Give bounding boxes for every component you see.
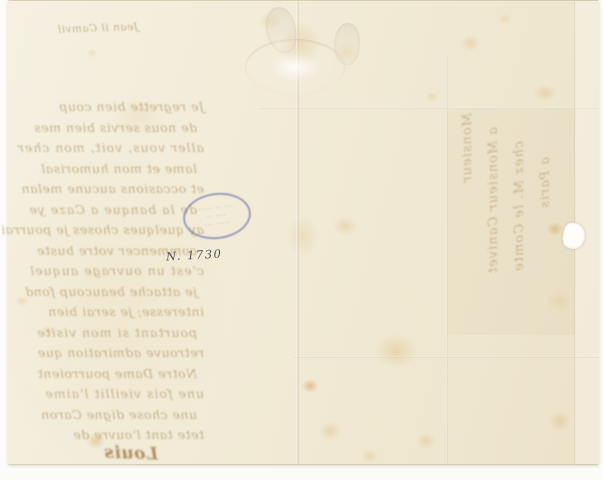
bleedthrough-line: Je regrette bien coup <box>12 97 204 118</box>
address-line: chez M. le Comte <box>507 141 533 343</box>
bleedthrough-line: interesse; je serai bien <box>12 302 204 323</box>
seal-emboss-mark <box>245 39 345 95</box>
paper-sheet: Jean il Camvil Je regrette bien coup de … <box>8 0 599 465</box>
address-bleedthrough-inner: Monsieur a Monsieur Canivet chez M. le C… <box>455 113 565 343</box>
bleedthrough-line: ay quelques choses je pourrai <box>12 220 204 241</box>
bleedthrough-line: et occasions aucune melan <box>12 179 204 200</box>
bleedthrough-line: c'est un ouvrage auquel <box>12 261 204 282</box>
letter-scan: Jean il Camvil Je regrette bien coup de … <box>0 0 603 480</box>
bleedthrough-line: je attache beaucoup fond <box>12 282 197 303</box>
bleedthrough-line: retrouve admiration que <box>12 343 204 364</box>
bleedthrough-line: de nous servis bien mes <box>12 118 197 139</box>
bleedthrough-line: pourtant si mon visite <box>12 323 197 344</box>
address-line: Monsieur <box>455 113 481 343</box>
corner-script-note: Jean il Camvil <box>18 21 138 37</box>
address-line: a Paris <box>533 157 559 343</box>
paper-tear-patch <box>561 221 588 251</box>
bleedthrough-line: Notre Dame pourroient <box>12 364 197 385</box>
vertical-fold-right <box>446 56 448 464</box>
bleedthrough-line: aller vous, voit, mon cher <box>12 138 204 159</box>
accession-number: N. 1730 <box>166 247 223 264</box>
bleedthrough-line: de la banque a Caze ye <box>12 200 197 221</box>
bleedthrough-line: lame et mon humorisal <box>12 159 197 180</box>
bleedthrough-line: une chose digne Caron <box>12 405 197 426</box>
bleedthrough-text-block: Je regrette bien coup de nous servis bie… <box>12 97 204 462</box>
horizontal-fold-bottom <box>294 356 599 358</box>
address-bleedthrough-block: Monsieur a Monsieur Canivet chez M. le C… <box>450 113 570 343</box>
horizontal-fold-top <box>260 107 599 109</box>
bleedthrough-line: une fois vieillit l'aime <box>12 384 204 405</box>
address-line: a Monsieur Canivet <box>481 127 507 343</box>
